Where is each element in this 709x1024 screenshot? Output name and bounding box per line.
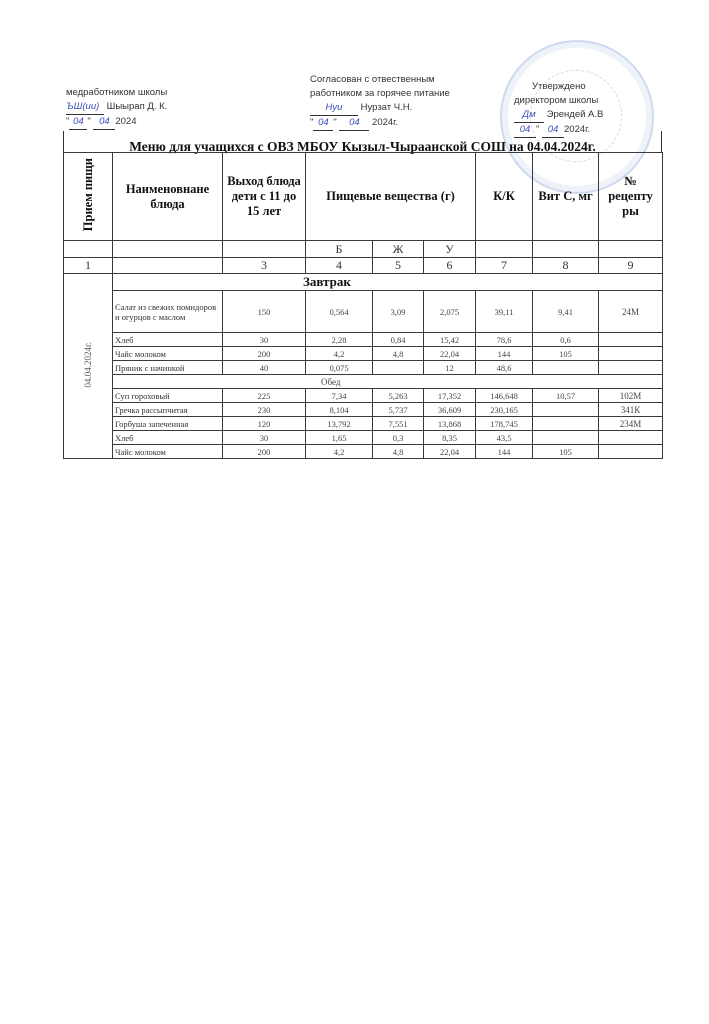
cell-recipe: 341К [599,403,663,417]
approval-catering-date: "04" 04 2024г. [310,116,450,131]
dish-name: Хлеб [113,333,223,347]
cell-recipe [599,347,663,361]
table-row: Салат из свежих помидоров и огурцов с ма… [64,291,663,333]
cell-vitc: 9,41 [533,291,599,333]
cell-recipe [599,445,663,459]
cell-u: 8,35 [424,431,476,445]
cell-portion: 230 [223,403,306,417]
cell-kcal: 230,165 [476,403,533,417]
approval-catering-sign-line: Нуи Нурзат Ч.Н. [310,101,450,116]
date-cell: 04.04.2024г. [64,274,113,459]
dish-name: Гречка рассыпчитая [113,403,223,417]
header-kcal: К/К [476,153,533,241]
cell-portion: 225 [223,389,306,403]
cell-vitc [533,417,599,431]
table-row: Горбуша запеченная12013,7927,55113,86817… [64,417,663,431]
cell-vitc: 105 [533,445,599,459]
cell-b: 2,28 [306,333,373,347]
approval-medical-role: медработником школы [66,86,167,100]
dish-name: Горбуша запеченная [113,417,223,431]
table-row: Чайс молоком2004,24,822,04144105 [64,445,663,459]
cell-zh: 0,84 [373,333,424,347]
cell-u: 2,075 [424,291,476,333]
header-portion: Выход блюда дети с 11 до 15 лет [223,153,306,241]
section-label: Обед [113,375,663,389]
cell-u: 36,609 [424,403,476,417]
cell-kcal: 43,5 [476,431,533,445]
cell-vitc [533,361,599,375]
section-label: Завтрак [113,274,663,291]
approval-medical: медработником школы ЪШ(ии) Шыырап Д. К. … [66,86,167,130]
cell-b: 7,34 [306,389,373,403]
cell-zh: 4,8 [373,445,424,459]
cell-recipe: 24М [599,291,663,333]
cell-recipe [599,333,663,347]
cell-recipe: 234М [599,417,663,431]
approval-catering-line1: Согласован с отвественным [310,73,450,87]
cell-zh: 3,09 [373,291,424,333]
signature: ЪШ(ии) [66,100,104,115]
dish-name: Чайс молоком [113,347,223,361]
section-row: 04.04.2024г.Завтрак [64,274,663,291]
dish-name: Хлеб [113,431,223,445]
header-nutrients: Пищевые вещества (г) [306,153,476,241]
cell-recipe [599,361,663,375]
approval-director-line1: Утверждено [514,80,603,94]
header-dish: Наименовнане блюда [113,153,223,241]
table-row: Хлеб301,650,38,3543,5 [64,431,663,445]
cell-kcal: 178,745 [476,417,533,431]
approver-name: Эрендей А.В [547,109,604,120]
table-row: Гречка рассыпчитая2308,1045,73736,609230… [64,403,663,417]
approval-director-sign-line: Дм Эрендей А.В [514,108,603,123]
cell-b: 0,564 [306,291,373,333]
cell-zh: 5,263 [373,389,424,403]
dish-name: Суп гороховый [113,389,223,403]
cell-u: 15,42 [424,333,476,347]
subheader-protein: Б [306,241,373,258]
cell-zh: 0,3 [373,431,424,445]
subheader-fat: Ж [373,241,424,258]
column-number-row: 1 3 4 5 6 7 8 9 [64,258,663,274]
header-recipe: № рецепту ры [599,153,663,241]
cell-kcal: 39,11 [476,291,533,333]
cell-recipe: 102М [599,389,663,403]
approval-medical-date: "04" 042024 [66,115,167,130]
cell-b: 8,104 [306,403,373,417]
approver-name: Шыырап Д. К. [107,101,168,112]
approval-director-line2: директором школы [514,94,603,108]
cell-b: 4,2 [306,445,373,459]
approval-medical-sign-line: ЪШ(ии) Шыырап Д. К. [66,100,167,115]
cell-vitc: 0,6 [533,333,599,347]
cell-portion: 120 [223,417,306,431]
cell-vitc [533,431,599,445]
cell-u: 12 [424,361,476,375]
cell-u: 13,868 [424,417,476,431]
menu-table: Прием пищи Наименовнане блюда Выход блюд… [63,152,663,459]
cell-portion: 200 [223,445,306,459]
cell-recipe [599,431,663,445]
subheader-carbs: У [424,241,476,258]
cell-kcal: 48,6 [476,361,533,375]
table-row: Пряник с начинкой400,0751248,6 [64,361,663,375]
cell-portion: 150 [223,291,306,333]
cell-zh [373,361,424,375]
cell-kcal: 144 [476,347,533,361]
cell-kcal: 78,6 [476,333,533,347]
dish-name: Чайс молоком [113,445,223,459]
cell-portion: 40 [223,361,306,375]
cell-portion: 30 [223,431,306,445]
cell-u: 17,352 [424,389,476,403]
cell-u: 22,04 [424,347,476,361]
cell-b: 0,075 [306,361,373,375]
cell-u: 22,04 [424,445,476,459]
approver-name: Нурзат Ч.Н. [361,102,413,113]
cell-portion: 30 [223,333,306,347]
cell-vitc: 10,57 [533,389,599,403]
section-row: Обед [64,375,663,389]
dish-name: Салат из свежих помидоров и огурцов с ма… [113,291,223,333]
approval-catering-line2: работником за горячее питание [310,87,450,101]
header-vitc: Вит С, мг [533,153,599,241]
table-row: Чайс молоком2004,24,822,04144105 [64,347,663,361]
cell-zh: 7,551 [373,417,424,431]
approval-director-date: 04" 042024г. [514,123,603,138]
cell-kcal: 146,648 [476,389,533,403]
cell-zh: 5,737 [373,403,424,417]
cell-kcal: 144 [476,445,533,459]
subheader-row: Б Ж У [64,241,663,258]
date-vertical: 04.04.2024г. [83,342,93,387]
dish-name: Пряник с начинкой [113,361,223,375]
header-row: Прием пищи Наименовнане блюда Выход блюд… [64,153,663,241]
cell-vitc: 105 [533,347,599,361]
cell-b: 1,65 [306,431,373,445]
approval-catering: Согласован с отвественным работником за … [310,73,450,131]
signature: Нуи [310,101,358,116]
cell-vitc [533,403,599,417]
approval-director: Утверждено директором школы Дм Эрендей А… [514,80,603,138]
cell-zh: 4,8 [373,347,424,361]
header-meal: Прием пищи [64,153,113,241]
table-row: Суп гороховый2257,345,26317,352146,64810… [64,389,663,403]
table-row: Хлеб302,280,8415,4278,60,6 [64,333,663,347]
cell-b: 4,2 [306,347,373,361]
cell-portion: 200 [223,347,306,361]
signature: Дм [514,108,544,123]
cell-b: 13,792 [306,417,373,431]
